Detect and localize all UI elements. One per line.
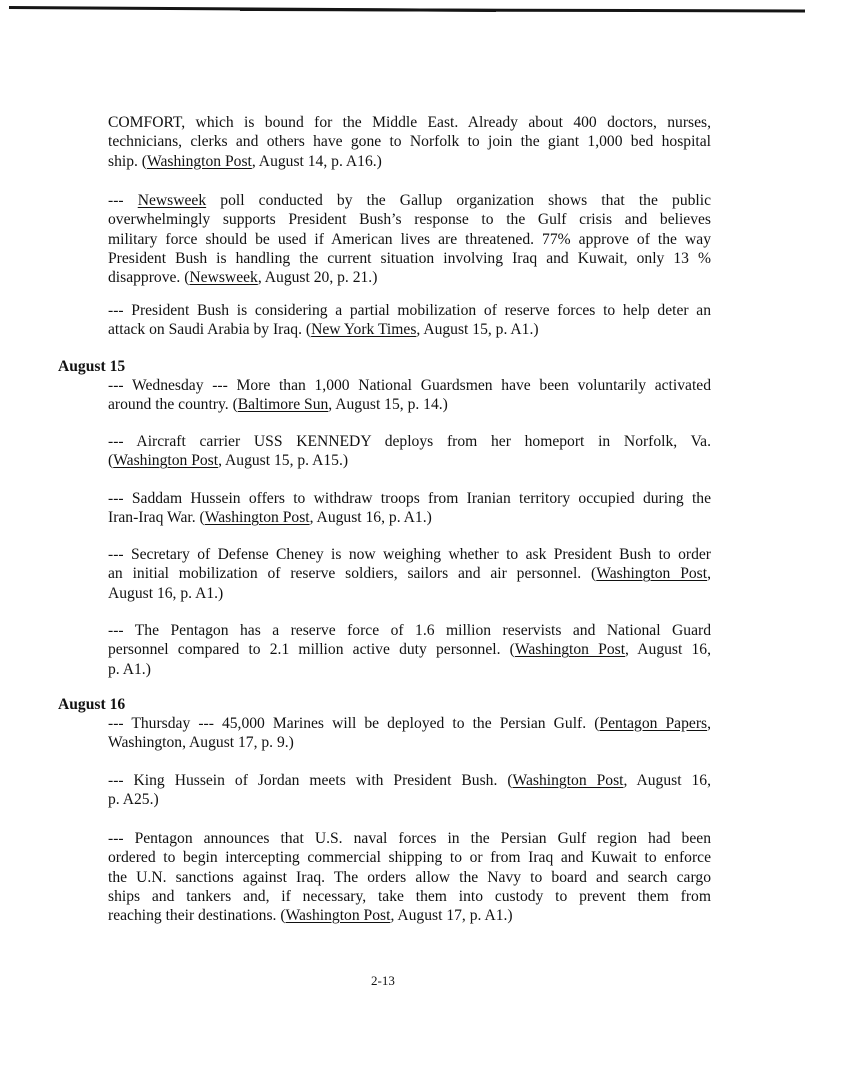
text-line: ordered to begin intercepting commercial… (108, 848, 711, 867)
source-citation: Washington Post (147, 153, 252, 170)
text-segment: military force should be used if America… (108, 231, 711, 248)
text-segment: --- Wednesday --- More than 1,000 Nation… (108, 377, 711, 394)
chronology-entry: --- Thursday --- 45,000 Marines will be … (108, 714, 711, 753)
text-segment: , (707, 715, 711, 732)
text-segment: reaching their destinations. ( (108, 907, 286, 924)
text-segment: , August 16, (623, 772, 711, 789)
text-segment: technicians, clerks and others have gone… (108, 133, 711, 150)
text-segment: , August 15, p. A15.) (218, 452, 348, 469)
source-citation: Washington Post (596, 565, 707, 582)
text-segment: Iran-Iraq War. ( (108, 509, 205, 526)
text-segment: --- The Pentagon has a reserve force of … (108, 622, 711, 639)
source-citation: Washington Post (286, 907, 391, 924)
text-line: ships and tankers and, if necessary, tak… (108, 887, 711, 906)
text-segment: --- Secretary of Defense Cheney is now w… (108, 546, 711, 563)
text-segment: overwhelmingly supports President Bush’s… (108, 211, 711, 228)
text-line: ship. (Washington Post, August 14, p. A1… (108, 152, 711, 171)
text-segment: ordered to begin intercepting commercial… (108, 849, 711, 866)
date-heading: August 16 (58, 695, 125, 714)
date-heading: August 15 (58, 357, 125, 376)
text-line: --- Thursday --- 45,000 Marines will be … (108, 714, 711, 733)
text-line: an initial mobilization of reserve soldi… (108, 564, 711, 583)
text-segment: p. A25.) (108, 791, 159, 808)
text-segment: around the country. ( (108, 396, 238, 413)
source-citation: Pentagon Papers (599, 715, 707, 732)
text-line: --- Secretary of Defense Cheney is now w… (108, 545, 711, 564)
text-segment: --- (108, 192, 138, 209)
text-segment: President Bush is handling the current s… (108, 250, 711, 267)
text-line: p. A25.) (108, 790, 711, 809)
text-line: personnel compared to 2.1 million active… (108, 640, 711, 659)
text-segment: , August 17, p. A1.) (390, 907, 512, 924)
text-line: --- The Pentagon has a reserve force of … (108, 621, 711, 640)
text-line: overwhelmingly supports President Bush’s… (108, 210, 711, 229)
text-line: disapprove. (Newsweek, August 20, p. 21.… (108, 268, 711, 287)
text-segment: August 16, p. A1.) (108, 585, 223, 602)
source-citation: Newsweek (189, 269, 257, 286)
text-segment: personnel compared to 2.1 million active… (108, 641, 515, 658)
text-line: reaching their destinations. (Washington… (108, 906, 711, 925)
text-segment: , August 16, p. A1.) (310, 509, 432, 526)
chronology-entry: --- Newsweek poll conducted by the Gallu… (108, 191, 711, 287)
text-segment: disapprove. ( (108, 269, 189, 286)
chronology-entry: --- Saddam Hussein offers to withdraw tr… (108, 489, 711, 528)
chronology-entry: --- Secretary of Defense Cheney is now w… (108, 545, 711, 603)
text-line: COMFORT, which is bound for the Middle E… (108, 113, 711, 132)
text-line: --- Wednesday --- More than 1,000 Nation… (108, 376, 711, 395)
text-line: --- President Bush is considering a part… (108, 301, 711, 320)
text-line: around the country. (Baltimore Sun, Augu… (108, 395, 711, 414)
text-segment: , August 15, p. 14.) (328, 396, 448, 413)
text-segment: --- Thursday --- 45,000 Marines will be … (108, 715, 599, 732)
text-segment: --- Aircraft carrier USS KENNEDY deploys… (108, 433, 711, 450)
chronology-entry: --- Aircraft carrier USS KENNEDY deploys… (108, 432, 711, 471)
chronology-entry: --- President Bush is considering a part… (108, 301, 711, 340)
text-segment: the U.N. sanctions against Iraq. The ord… (108, 869, 711, 886)
text-line: --- King Hussein of Jordan meets with Pr… (108, 771, 711, 790)
text-segment: --- Saddam Hussein offers to withdraw tr… (108, 490, 711, 507)
text-line: August 16, p. A1.) (108, 584, 711, 603)
chronology-entry: COMFORT, which is bound for the Middle E… (108, 113, 711, 171)
text-segment: --- Pentagon announces that U.S. naval f… (108, 830, 711, 847)
text-segment: an initial mobilization of reserve soldi… (108, 565, 596, 582)
text-line: --- Newsweek poll conducted by the Gallu… (108, 191, 711, 210)
source-citation: Washington Post (205, 509, 310, 526)
text-line: Washington, August 17, p. 9.) (108, 733, 711, 752)
text-segment: poll conducted by the Gallup organizatio… (206, 192, 711, 209)
chronology-entry: --- King Hussein of Jordan meets with Pr… (108, 771, 711, 810)
top-scan-rule-right (240, 8, 805, 12)
text-segment: p. A1.) (108, 661, 151, 678)
text-line: the U.N. sanctions against Iraq. The ord… (108, 868, 711, 887)
source-citation: Washington Post (113, 452, 218, 469)
source-citation: Newsweek (138, 192, 206, 209)
text-line: --- Pentagon announces that U.S. naval f… (108, 829, 711, 848)
text-line: --- Aircraft carrier USS KENNEDY deploys… (108, 432, 711, 451)
text-segment: ships and tankers and, if necessary, tak… (108, 888, 711, 905)
text-line: attack on Saudi Arabia by Iraq. (New Yor… (108, 320, 711, 339)
text-segment: COMFORT, which is bound for the Middle E… (108, 114, 711, 131)
chronology-entry: --- Pentagon announces that U.S. naval f… (108, 829, 711, 925)
text-line: technicians, clerks and others have gone… (108, 132, 711, 151)
text-line: President Bush is handling the current s… (108, 249, 711, 268)
text-segment: , August 15, p. A1.) (416, 321, 538, 338)
text-line: p. A1.) (108, 660, 711, 679)
text-line: military force should be used if America… (108, 230, 711, 249)
source-citation: Washington Post (515, 641, 625, 658)
text-segment: , August 16, (625, 641, 711, 658)
text-segment: , (707, 565, 711, 582)
text-line: --- Saddam Hussein offers to withdraw tr… (108, 489, 711, 508)
text-line: Iran-Iraq War. (Washington Post, August … (108, 508, 711, 527)
text-segment: , August 20, p. 21.) (258, 269, 378, 286)
source-citation: Washington Post (513, 772, 624, 789)
text-line: (Washington Post, August 15, p. A15.) (108, 451, 711, 470)
text-segment: ship. ( (108, 153, 147, 170)
page-number: 2-13 (371, 973, 395, 989)
text-segment: , August 14, p. A16.) (252, 153, 382, 170)
text-segment: --- King Hussein of Jordan meets with Pr… (108, 772, 513, 789)
text-segment: attack on Saudi Arabia by Iraq. ( (108, 321, 311, 338)
chronology-entry: --- The Pentagon has a reserve force of … (108, 621, 711, 679)
chronology-entry: --- Wednesday --- More than 1,000 Nation… (108, 376, 711, 415)
text-segment: --- President Bush is considering a part… (108, 302, 711, 319)
source-citation: Baltimore Sun (238, 396, 329, 413)
source-citation: New York Times (311, 321, 416, 338)
text-segment: Washington, August 17, p. 9.) (108, 734, 294, 751)
